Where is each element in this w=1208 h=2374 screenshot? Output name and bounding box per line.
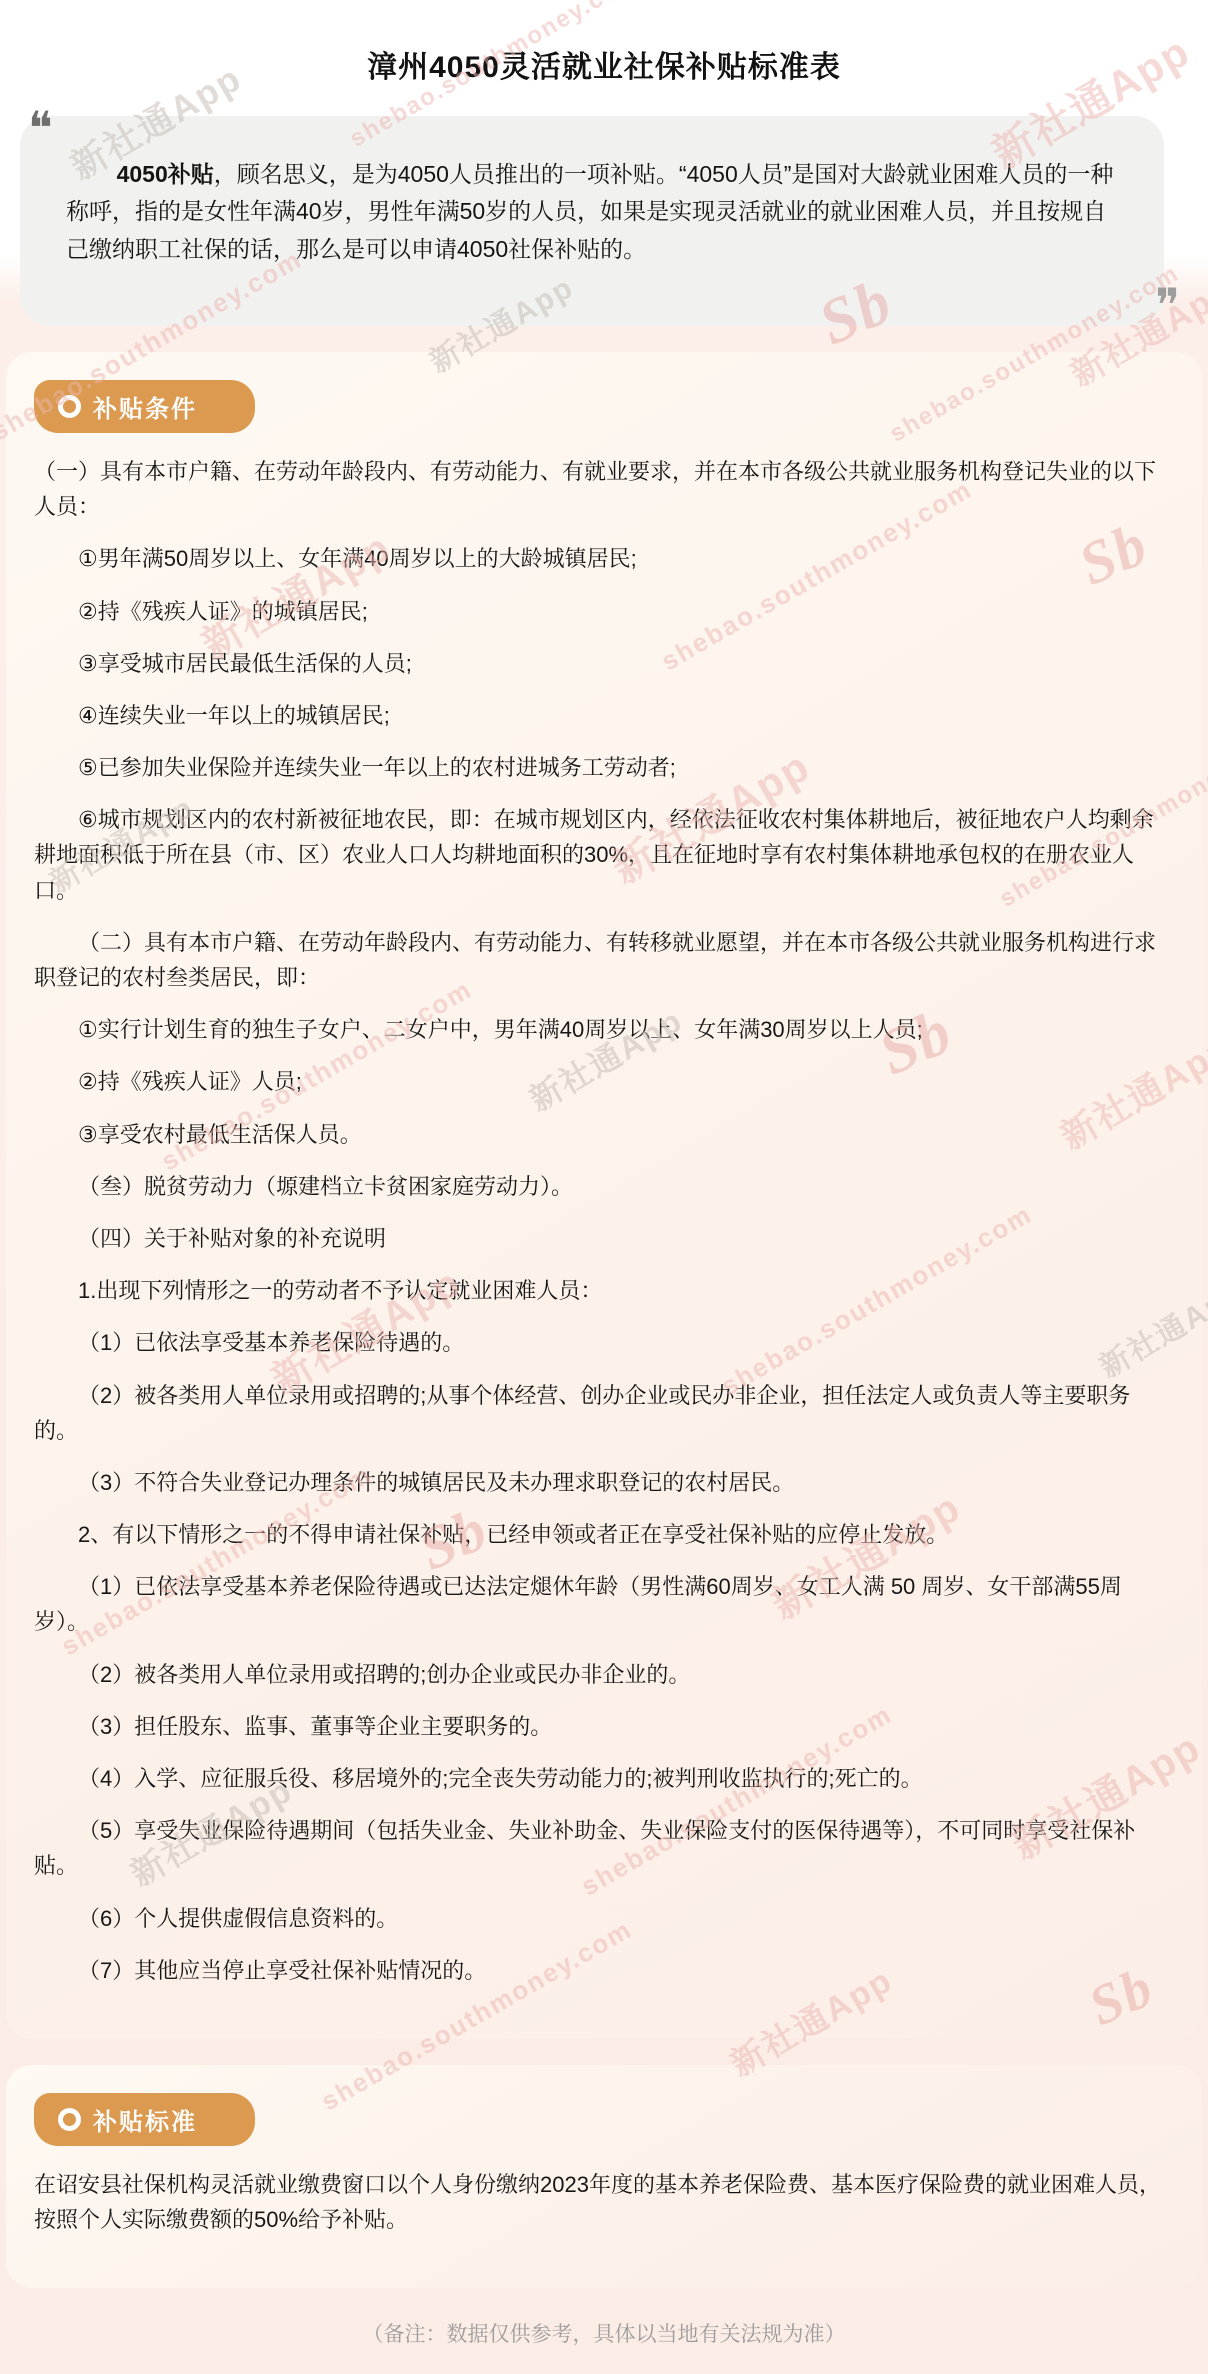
paragraph: （1）已依法享受基本养老保险待遇的。 xyxy=(34,1325,1174,1360)
paragraph: ⑤已参加失业保险并连续失业一年以上的农村进城务工劳动者; xyxy=(34,750,1174,785)
document-page: 新社通Appshebao.southmoney.com新社通Appshebao.… xyxy=(0,0,1208,2374)
conditions-paragraph-list: （一）具有本市户籍、在劳动年龄段内、有劳动能力、有就业要求，并在本市各级公共就业… xyxy=(34,454,1174,1988)
subsidy-standard-section: 补贴标准 在诏安县社保机构灵活就业缴费窗口以个人身份缴纳2023年度的基本养老保… xyxy=(6,2065,1202,2288)
paragraph: 1.出现下列情形之一的劳动者不予认定就业困难人员： xyxy=(34,1273,1174,1308)
paragraph: （一）具有本市户籍、在劳动年龄段内、有劳动能力、有就业要求，并在本市各级公共就业… xyxy=(34,454,1174,524)
intro-lead-bold: 4050补贴 xyxy=(117,161,214,187)
standard-badge: 补贴标准 xyxy=(34,2093,255,2146)
paragraph: （5）享受失业保险待遇期间（包括失业金、失业补助金、失业保险支付的医保待遇等），… xyxy=(34,1813,1174,1883)
ring-icon xyxy=(58,395,81,418)
page-title: 漳州4050灵活就业社保补贴标准表 xyxy=(0,20,1208,96)
paragraph: ③享受城市居民最低生活保的人员; xyxy=(34,646,1174,681)
paragraph: ②持《残疾人证》的城镇居民; xyxy=(34,594,1174,629)
paragraph: ③享受农村最低生活保人员。 xyxy=(34,1117,1174,1152)
subsidy-conditions-section: 补贴条件 （一）具有本市户籍、在劳动年龄段内、有劳动能力、有就业要求，并在本市各… xyxy=(6,352,1202,2039)
paragraph: ④连续失业一年以上的城镇居民; xyxy=(34,698,1174,733)
paragraph: （叁）脱贫劳动力（塬建档立卡贫困家庭劳动力）。 xyxy=(34,1169,1174,1204)
intro-quote-box: ❝ 4050补贴，顾名思义，是为4050人员推出的一项补贴。“4050人员”是国… xyxy=(20,116,1164,326)
open-quote-icon: ❝ xyxy=(28,92,53,167)
paragraph: ⑥城市规划区内的农村新被征地农民，即：在城市规划区内，经依法征收农村集体耕地后，… xyxy=(34,802,1174,908)
paragraph: ①男年满50周岁以上、女年满40周岁以上的大龄城镇居民; xyxy=(34,541,1174,576)
paragraph: （1）已依法享受基本养老保险待遇或已达法定煺休年龄（男性满60周岁、女工人满 5… xyxy=(34,1569,1174,1639)
conditions-badge: 补贴条件 xyxy=(34,380,255,433)
conditions-badge-label: 补贴条件 xyxy=(93,389,197,424)
paragraph: （2）被各类用人单位录用或招聘的;从事个体经营、创办企业或民办非企业，担任法定人… xyxy=(34,1378,1174,1448)
paragraph: （2）被各类用人单位录用或招聘的;创办企业或民办非企业的。 xyxy=(34,1657,1174,1692)
intro-body-text: ，顾名思义，是为4050人员推出的一项补贴。“4050人员”是国对大龄就业困难人… xyxy=(66,161,1113,262)
paragraph: （二）具有本市户籍、在劳动年龄段内、有劳动能力、有转移就业愿望，并在本市各级公共… xyxy=(34,925,1174,995)
paragraph: （6）个人提供虚假信息资料的。 xyxy=(34,1901,1174,1936)
paragraph: ①实行计划生育的独生子女户、二女户中，男年满40周岁以上、女年满30周岁以上人员… xyxy=(34,1012,1174,1047)
paragraph: （四）关于补贴对象的补充说明 xyxy=(34,1221,1174,1256)
paragraph: 2、有以下情形之一的不得申请社保补贴，已经申领或者正在享受社保补贴的应停止发放。 xyxy=(34,1517,1174,1552)
intro-paragraph: 4050补贴，顾名思义，是为4050人员推出的一项补贴。“4050人员”是国对大… xyxy=(66,156,1118,268)
ring-icon xyxy=(58,2108,81,2131)
paragraph: （3）担任股东、监事、董事等企业主要职务的。 xyxy=(34,1709,1174,1744)
paragraph: ②持《残疾人证》人员; xyxy=(34,1064,1174,1099)
paragraph: （7）其他应当停止享受社保补贴情况的。 xyxy=(34,1953,1174,1988)
close-quote-icon: ❞ xyxy=(1155,269,1180,344)
footer-note: （备注：数据仅供参考，具体以当地有关法规为准） xyxy=(0,2318,1208,2348)
standard-badge-label: 补贴标准 xyxy=(93,2102,197,2137)
paragraph: （4）入学、应征服兵役、移居境外的;完全丧失劳动能力的;被判刑收监执行的;死亡的… xyxy=(34,1761,1174,1796)
standard-paragraph-list: 在诏安县社保机构灵活就业缴费窗口以个人身份缴纳2023年度的基本养老保险费、基本… xyxy=(34,2167,1174,2237)
paragraph: 在诏安县社保机构灵活就业缴费窗口以个人身份缴纳2023年度的基本养老保险费、基本… xyxy=(34,2167,1174,2237)
paragraph: （3）不符合失业登记办理条件的城镇居民及未办理求职登记的农村居民。 xyxy=(34,1465,1174,1500)
